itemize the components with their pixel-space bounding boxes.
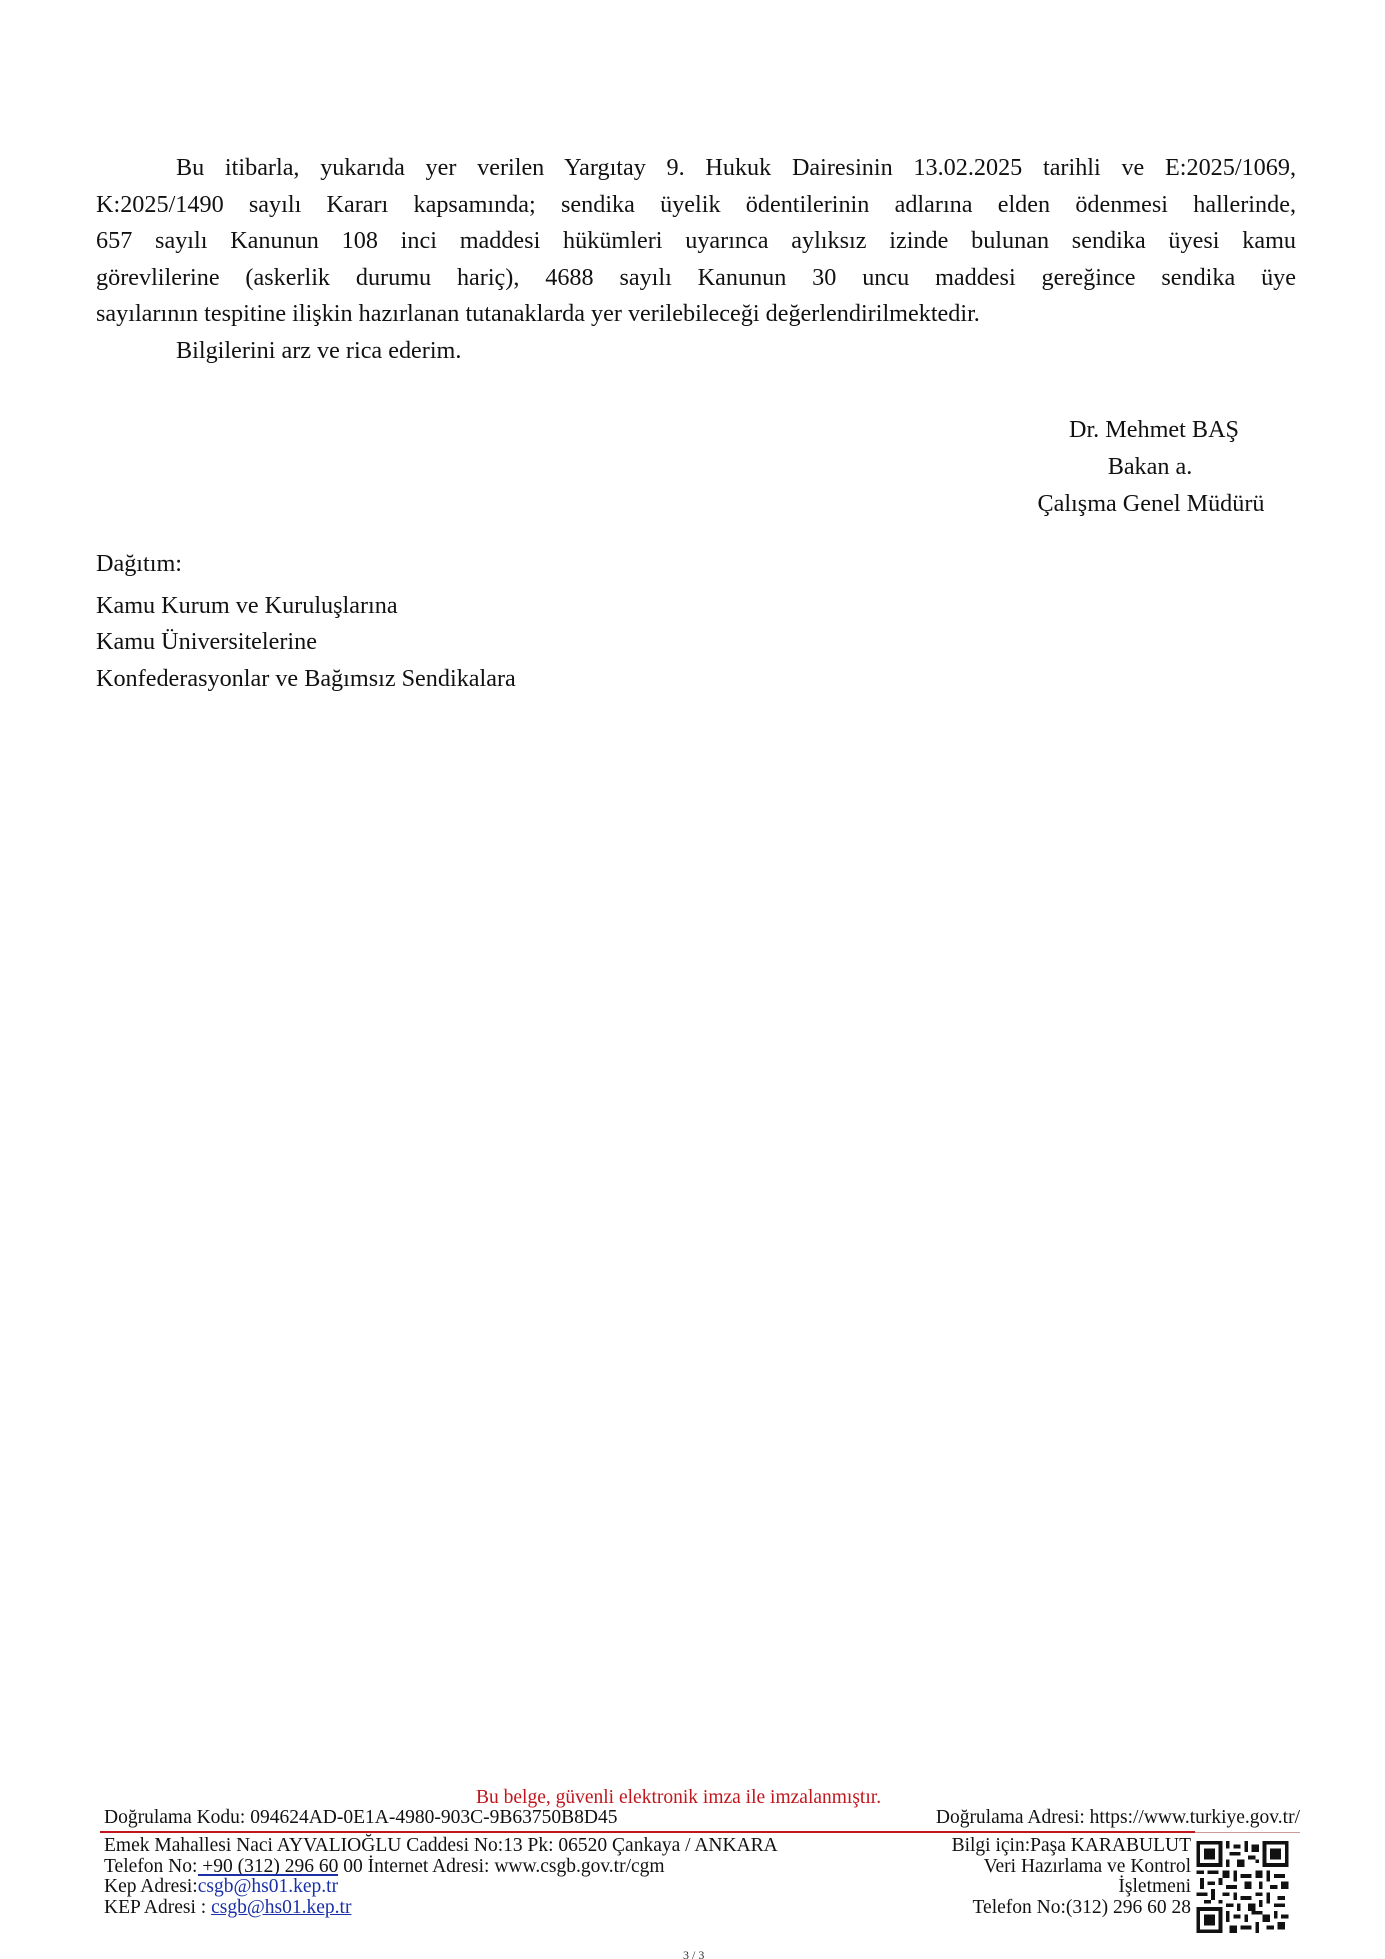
paragraph-line: görevlilerine (askerlik durumu hariç), 4… (96, 260, 1296, 297)
document-page: Bu itibarla, yukarıda yer verilen Yargıt… (0, 0, 1385, 1959)
verification-address[interactable]: Doğrulama Adresi: https://www.turkiye.go… (936, 1807, 1300, 1829)
document-footer: Bu belge, güvenli elektronik imza ile im… (0, 1780, 1385, 1959)
kep-address-2: KEP Adresi : csgb@hs01.kep.tr (104, 1898, 778, 1919)
signatory-title: Çalışma Genel Müdürü (1000, 485, 1300, 522)
paragraph-line: Bu itibarla, yukarıda yer verilen Yargıt… (96, 150, 1296, 187)
closing-line: Bilgilerini arz ve rica ederim. (96, 333, 1296, 370)
contact-info: Bilgi için:Paşa KARABULUT Veri Hazırlama… (952, 1836, 1191, 1918)
qr-code-icon (1195, 1841, 1290, 1933)
kep-label: KEP Adresi : (104, 1897, 211, 1918)
institution-address: Emek Mahallesi Naci AYVALIOĞLU Caddesi N… (104, 1836, 778, 1918)
contact-line: Telefon No:(312) 296 60 28 (952, 1898, 1191, 1919)
distribution-recipient: Kamu Üniversitelerine (96, 624, 516, 661)
page-number: 3 / 3 (683, 1948, 704, 1959)
letter-body: Bu itibarla, yukarıda yer verilen Yargıt… (96, 150, 1296, 369)
footer-divider (100, 1831, 1195, 1833)
signatory-on-behalf: Bakan a. (1000, 448, 1300, 485)
paragraph-line: 657 sayılı Kanunun 108 inci maddesi hükü… (96, 223, 1296, 260)
distribution-list: Dağıtım: Kamu Kurum ve Kuruluşlarına Kam… (96, 546, 516, 697)
contact-line: Veri Hazırlama ve Kontrol (952, 1857, 1191, 1878)
kep-link[interactable]: csgb@hs01.kep.tr (211, 1897, 351, 1918)
main-paragraph: Bu itibarla, yukarıda yer verilen Yargıt… (96, 150, 1296, 333)
contact-line: Bilgi için:Paşa KARABULUT (952, 1836, 1191, 1857)
kep-label: Kep Adresi: (104, 1876, 198, 1897)
kep-link[interactable]: csgb@hs01.kep.tr (198, 1874, 338, 1897)
signatory-name: Dr. Mehmet BAŞ (1000, 411, 1300, 448)
verification-code: Doğrulama Kodu: 094624AD-0E1A-4980-903C-… (104, 1807, 617, 1829)
paragraph-line: K:2025/1490 sayılı Kararı kapsamında; se… (96, 187, 1296, 224)
kep-address-1: Kep Adresi:csgb@hs01.kep.tr (104, 1877, 778, 1898)
e-signature-note: Bu belge, güvenli elektronik imza ile im… (476, 1787, 881, 1809)
distribution-recipient: Kamu Kurum ve Kuruluşlarına (96, 588, 516, 625)
distribution-recipient: Konfederasyonlar ve Bağımsız Sendikalara (96, 661, 516, 698)
distribution-title: Dağıtım: (96, 546, 516, 583)
address-line: Emek Mahallesi Naci AYVALIOĞLU Caddesi N… (104, 1836, 778, 1857)
footer-divider-tail (1195, 1832, 1300, 1833)
paragraph-line: sayılarının tespitine ilişkin hazırlanan… (96, 296, 1296, 333)
contact-line: İşletmeni (952, 1877, 1191, 1898)
signature-block: Dr. Mehmet BAŞ Bakan a. Çalışma Genel Mü… (1000, 411, 1300, 522)
